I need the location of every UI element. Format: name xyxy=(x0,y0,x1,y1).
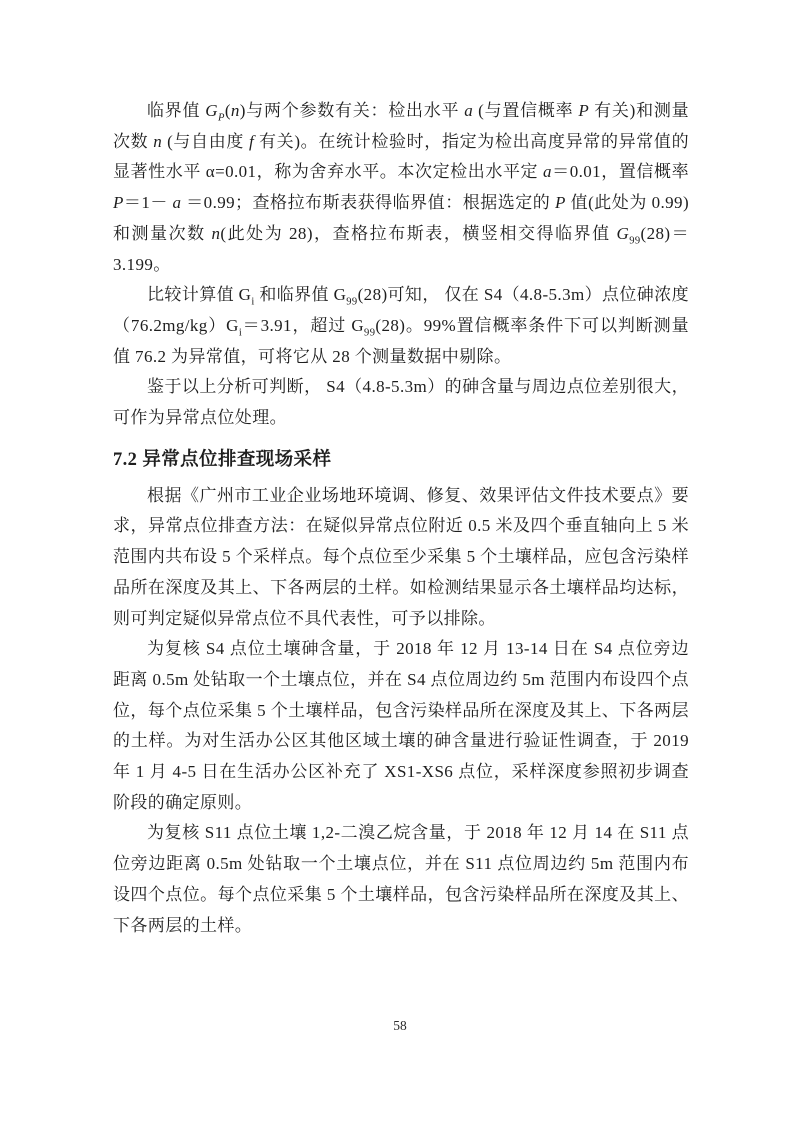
page-content: 临界值 GP(n)与两个参数有关：检出水平 a (与置信概率 P 有关)和测量次… xyxy=(113,96,689,941)
document-page: 临界值 GP(n)与两个参数有关：检出水平 a (与置信概率 P 有关)和测量次… xyxy=(0,0,800,1131)
paragraph-s11-recheck-sampling: 为复核 S11 点位土壤 1,2-二溴乙烷含量，于 2018 年 12 月 14… xyxy=(113,818,689,941)
paragraph-comparison-result: 比较计算值 Gi 和临界值 G99(28)可知， 仅在 S4（4.8-5.3m）… xyxy=(113,280,689,372)
paragraph-s4-recheck-sampling: 为复核 S4 点位土壤砷含量，于 2018 年 12 月 13-14 日在 S4… xyxy=(113,634,689,818)
page-number: 58 xyxy=(0,1018,800,1034)
paragraph-grubbs-critical-value: 临界值 GP(n)与两个参数有关：检出水平 a (与置信概率 P 有关)和测量次… xyxy=(113,96,689,280)
paragraph-conclusion-s4: 鉴于以上分析可判断， S4（4.8-5.3m）的砷含量与周边点位差别很大，可作为… xyxy=(113,372,689,433)
section-heading-7-2: 7.2 异常点位排查现场采样 xyxy=(113,448,689,472)
paragraph-method-requirements: 根据《广州市工业企业场地环境调、修复、效果评估文件技术要点》要求，异常点位排查方… xyxy=(113,481,689,635)
